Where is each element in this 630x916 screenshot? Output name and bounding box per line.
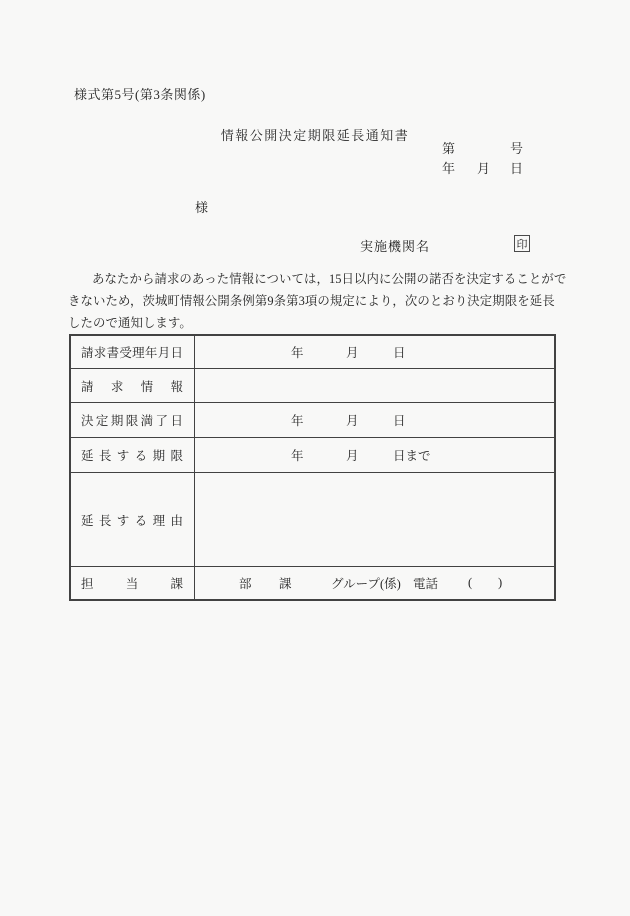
row-label-text: 延長する理由 <box>81 511 183 529</box>
row-label-text: 請求情報 <box>81 377 183 395</box>
year-unit: 年 <box>291 343 304 361</box>
day-unit: 日 <box>393 343 406 361</box>
section-unit: 課 <box>279 574 292 592</box>
document-number-line: 第 号 <box>442 138 572 154</box>
row-label-extension-reason: 延長する理由 <box>71 473 195 566</box>
row-value-responsible-division: 部 課 グループ(係) 電話 ( ) <box>195 567 554 599</box>
row-label-responsible-division: 担当課 <box>71 567 195 599</box>
date-month-label: 月 <box>477 158 490 177</box>
notice-table: 請求書受理年月日 年 月 日 請求情報 決定期限満了日 年 月 日 <box>69 334 556 601</box>
row-label-decision-deadline: 決定期限満了日 <box>71 403 195 437</box>
day-until-unit: 日まで <box>393 446 431 464</box>
paren-open: ( <box>468 576 472 591</box>
row-value-request-received-date: 年 月 日 <box>195 336 554 368</box>
addressee-honorific: 様 <box>195 197 208 216</box>
year-unit: 年 <box>291 411 304 429</box>
group-unit: グループ(係) <box>331 574 401 592</box>
doc-number-prefix: 第 <box>442 138 455 157</box>
month-unit: 月 <box>346 411 359 429</box>
date-day-label: 日 <box>510 158 523 177</box>
body-line: したので通知します。 <box>68 313 556 335</box>
row-label-text: 決定期限満了日 <box>81 411 183 429</box>
body-line: あなたから請求のあった情報については，15日以内に公開の諾否を決定することがで <box>68 269 556 291</box>
row-value-requested-information <box>195 369 554 402</box>
document-page: 様式第5号(第3条関係) 情報公開決定期限延長通知書 第 号 年 月 日 様 実… <box>0 0 630 916</box>
table-row-request-received-date: 請求書受理年月日 年 月 日 <box>71 336 554 369</box>
row-label-text: 請求書受理年月日 <box>81 343 183 361</box>
department-unit: 部 <box>239 574 252 592</box>
seal-stamp-box: 印 <box>514 235 530 252</box>
doc-number-suffix: 号 <box>510 138 523 157</box>
document-date-line: 年 月 日 <box>442 158 572 174</box>
table-row-responsible-division: 担当課 部 課 グループ(係) 電話 ( ) <box>71 567 554 599</box>
table-row-extended-deadline: 延長する期限 年 月 日まで <box>71 438 554 473</box>
body-line: きないため，茨城町情報公開条例第9条第3項の規定により，次のとおり決定期限を延長 <box>68 291 556 313</box>
row-value-extension-reason <box>195 473 554 566</box>
form-number: 様式第5号(第3条関係) <box>74 84 206 103</box>
day-unit: 日 <box>393 411 406 429</box>
row-label-extended-deadline: 延長する期限 <box>71 438 195 472</box>
row-label-text: 担当課 <box>81 574 183 592</box>
year-unit: 年 <box>291 446 304 464</box>
row-value-extended-deadline: 年 月 日まで <box>195 438 554 472</box>
row-value-decision-deadline: 年 月 日 <box>195 403 554 437</box>
paren-close: ) <box>498 576 502 591</box>
date-year-label: 年 <box>442 158 455 177</box>
telephone-label: 電話 <box>413 574 438 592</box>
table-row-extension-reason: 延長する理由 <box>71 473 554 567</box>
row-label-requested-information: 請求情報 <box>71 369 195 402</box>
notice-body-paragraph: あなたから請求のあった情報については，15日以内に公開の諾否を決定することがで … <box>68 269 556 334</box>
table-row-decision-deadline: 決定期限満了日 年 月 日 <box>71 403 554 438</box>
month-unit: 月 <box>346 446 359 464</box>
row-label-text: 延長する期限 <box>81 446 183 464</box>
row-label-request-received-date: 請求書受理年月日 <box>71 336 195 368</box>
month-unit: 月 <box>346 343 359 361</box>
table-row-requested-information: 請求情報 <box>71 369 554 403</box>
agency-name-label: 実施機関名 <box>360 236 430 255</box>
